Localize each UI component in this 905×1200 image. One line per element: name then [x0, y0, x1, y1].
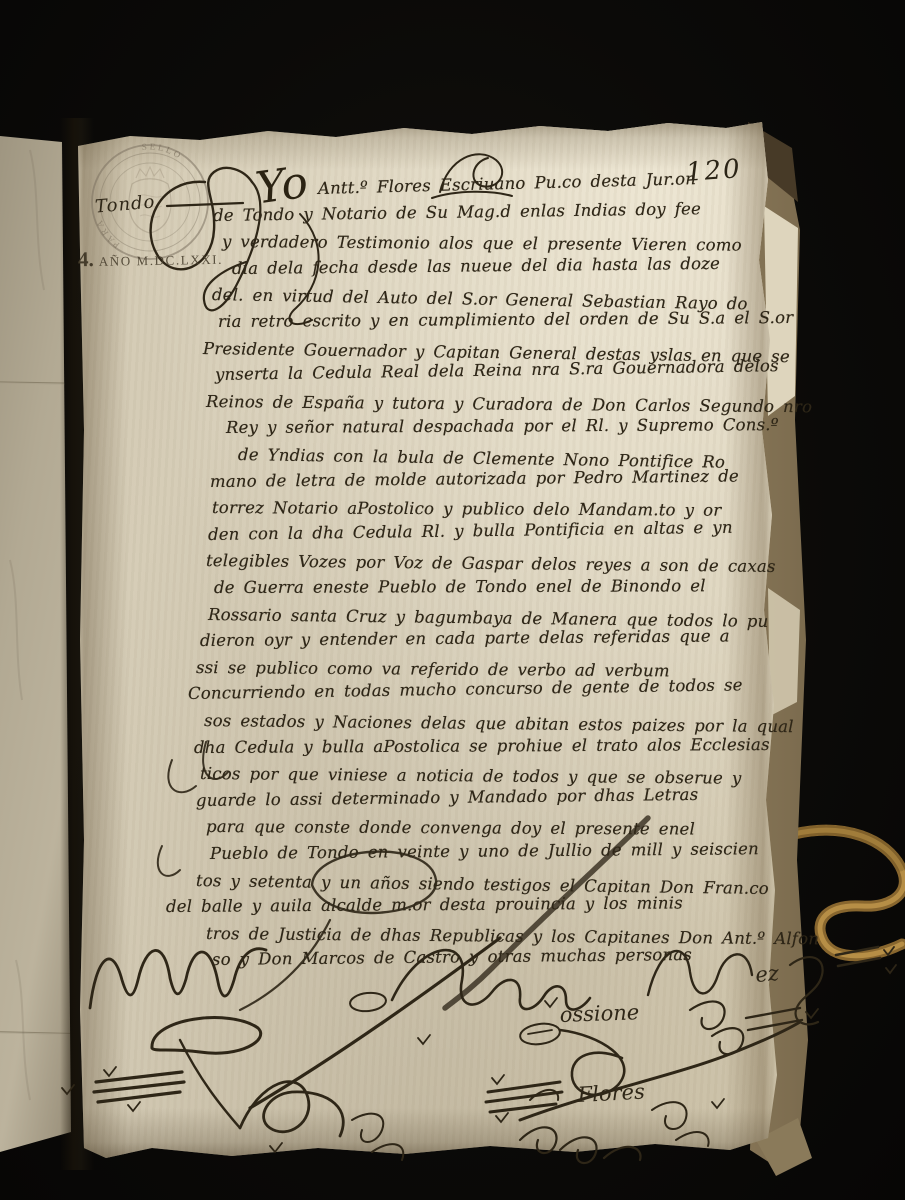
archival-margin-note: 4.AÑO M.DC.LXXI. — [78, 245, 223, 273]
manuscript-line: torrez Notario aPostolico y publico delo… — [212, 499, 721, 521]
manuscript-line: Rey y señor natural despachada por el Rl… — [226, 416, 779, 438]
opening-initial: Yo — [253, 157, 311, 215]
folio-number: 120 — [685, 154, 743, 188]
manuscript-line: y verdadero Testimonio alos que el prese… — [222, 233, 742, 256]
margin-note-number: 4. — [78, 247, 94, 271]
manuscript-line: del balle y auila alcalde m.or desta pro… — [166, 895, 683, 918]
manuscript-line: dha Cedula y bulla aPostolica se prohiue… — [194, 736, 770, 758]
margin-note-year: AÑO M.DC.LXXI. — [99, 252, 223, 269]
manuscript-line: ria retro escrito y en cumplimiento del … — [218, 309, 793, 332]
manuscript-line: para que conste donde convenga doy el pr… — [206, 818, 695, 840]
manuscript-line: de Guerra eneste Pueblo de Tondo enel de… — [214, 577, 706, 598]
photo-backdrop: SELLO PARA — [0, 0, 905, 1200]
